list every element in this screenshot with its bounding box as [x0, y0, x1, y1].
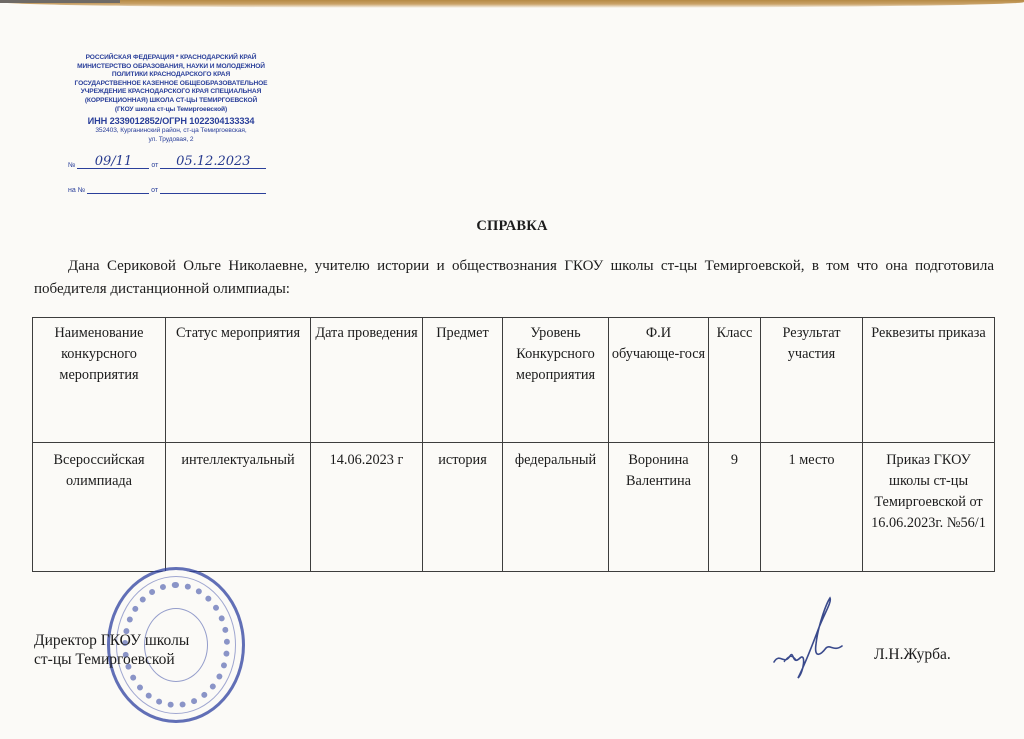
letterhead-line: ПОЛИТИКИ КРАСНОДАРСКОГО КРАЯ	[62, 71, 280, 80]
signer-name: Л.Н.Журба.	[874, 646, 951, 664]
letterhead-line: (КОРРЕКЦИОННАЯ) ШКОЛА СТ-ЦЫ ТЕМИРГОЕВСКО…	[62, 97, 280, 106]
reg-number-label: №	[68, 162, 76, 169]
document-title: СПРАВКА	[0, 218, 1024, 235]
reply-date-blank	[160, 183, 266, 194]
header-subject: Предмет	[423, 318, 503, 443]
reg-date-value: 05.12.2023	[160, 156, 266, 169]
header-order-details: Реквезиты приказа	[863, 318, 995, 443]
letterhead-line: УЧРЕЖДЕНИЕ КРАСНОДАРСКОГО КРАЯ СПЕЦИАЛЬН…	[62, 88, 280, 97]
letterhead-line: ГОСУДАРСТВЕННОЕ КАЗЕННОЕ ОБЩЕОБРАЗОВАТЕЛ…	[62, 80, 280, 89]
reply-to-line: на № от	[68, 183, 266, 194]
cell-event-level: федеральный	[503, 443, 609, 572]
header-result: Результат участия	[761, 318, 863, 443]
registration-number-line: № 09/11 от 05.12.2023	[68, 156, 266, 169]
reply-to-label: на №	[68, 187, 85, 194]
header-event-name: Наименование конкурсного мероприятия	[33, 318, 166, 443]
header-event-level: Уровень Конкурсного мероприятия	[503, 318, 609, 443]
header-grade: Класс	[709, 318, 761, 443]
award-table: Наименование конкурсного мероприятия Ста…	[32, 317, 995, 572]
handwritten-signature-icon	[770, 596, 850, 680]
reg-date-label: от	[151, 162, 158, 169]
reply-to-blank	[87, 183, 149, 194]
header-event-date: Дата проведения	[311, 318, 423, 443]
letterhead-stamp: РОССИЙСКАЯ ФЕДЕРАЦИЯ * КРАСНОДАРСКИЙ КРА…	[62, 54, 280, 144]
letterhead-line: (ГКОУ школа ст-цы Темиргоевской)	[62, 106, 280, 115]
signer-position: Директор ГКОУ школы ст-цы Темиргоевской	[34, 631, 189, 669]
letterhead-address-line2: ул. Трудовая, 2	[62, 136, 280, 145]
cell-event-date: 14.06.2023 г	[311, 443, 423, 572]
header-student-name: Ф.И обучающе-гося	[609, 318, 709, 443]
cell-result: 1 место	[761, 443, 863, 572]
cell-event-name: Всероссийская олимпиада	[33, 443, 166, 572]
letterhead-line: РОССИЙСКАЯ ФЕДЕРАЦИЯ * КРАСНОДАРСКИЙ КРА…	[62, 54, 280, 63]
letterhead-inn-ogrn: ИНН 2339012852/ОГРН 1022304133334	[62, 116, 280, 127]
reg-number-value: 09/11	[77, 156, 149, 169]
signer-position-line2: ст-цы Темиргоевской	[34, 650, 189, 669]
cell-event-status: интеллектуальный	[166, 443, 311, 572]
letterhead-line: МИНИСТЕРСТВО ОБРАЗОВАНИЯ, НАУКИ И МОЛОДЕ…	[62, 63, 280, 72]
table-row: Всероссийская олимпиада интеллектуальный…	[33, 443, 995, 572]
page-top-edge-shadow	[0, 0, 120, 3]
document-paragraph: Дана Сериковой Ольге Николаевне, учителю…	[34, 255, 994, 301]
letterhead-address-line1: 352403, Курганинский район, ст-ца Темирг…	[62, 127, 280, 136]
cell-order-details: Приказ ГКОУ школы ст-цы Темиргоевской от…	[863, 443, 995, 572]
header-event-status: Статус мероприятия	[166, 318, 311, 443]
signer-position-line1: Директор ГКОУ школы	[34, 631, 189, 650]
cell-subject: история	[423, 443, 503, 572]
reply-date-label: от	[151, 187, 158, 194]
cell-student-name: Воронина Валентина	[609, 443, 709, 572]
table-header-row: Наименование конкурсного мероприятия Ста…	[33, 318, 995, 443]
cell-grade: 9	[709, 443, 761, 572]
page-top-edge	[0, 0, 1024, 8]
